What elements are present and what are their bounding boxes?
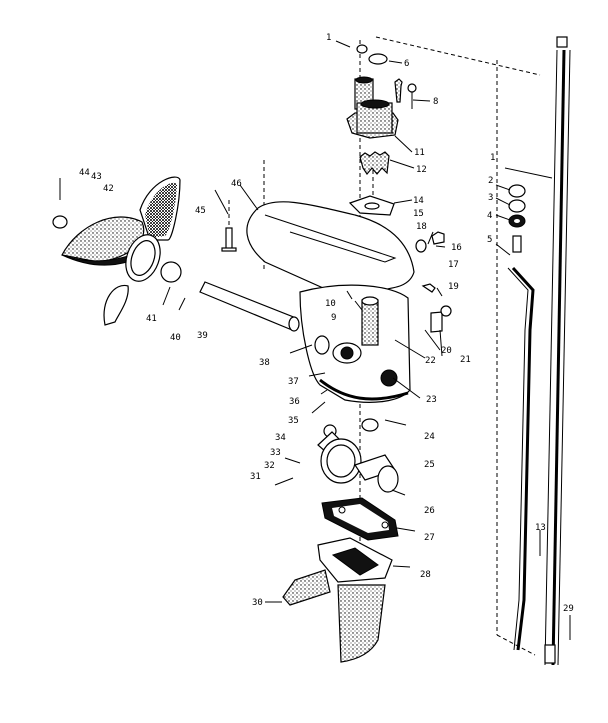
label-9: 9 [331, 313, 336, 323]
label-3: 3 [488, 193, 493, 203]
shift-rod [508, 185, 540, 650]
linkage-parts [416, 232, 451, 332]
label-18: 18 [416, 222, 427, 232]
label-31: 31 [250, 472, 261, 482]
label-5: 5 [487, 235, 492, 245]
propeller [53, 177, 181, 325]
label-4: 4 [487, 211, 492, 221]
label-10: 10 [325, 299, 336, 309]
gear-set [318, 419, 398, 492]
label-20: 20 [441, 346, 452, 356]
label-22: 22 [425, 356, 436, 366]
water-pump-assembly [347, 45, 416, 231]
label-16: 16 [451, 243, 462, 253]
label-25: 25 [424, 460, 435, 470]
label-19: 19 [448, 282, 459, 292]
label-32: 32 [264, 461, 275, 471]
label-24: 24 [424, 432, 435, 442]
label-13: 13 [535, 523, 546, 533]
label-34: 34 [275, 433, 286, 443]
label-27: 27 [424, 533, 435, 543]
label-33: 33 [270, 448, 281, 458]
label-35: 35 [288, 416, 299, 426]
label-36: 36 [289, 397, 300, 407]
drive-shaft [545, 37, 570, 665]
label-6: 6 [404, 59, 409, 69]
label-23: 23 [426, 395, 437, 405]
label-14: 14 [413, 196, 424, 206]
label-1-top: 1 [326, 33, 331, 43]
label-8: 8 [433, 97, 438, 107]
label-42: 42 [103, 184, 114, 194]
gasket [322, 498, 398, 540]
label-1-right: 1 [490, 153, 495, 163]
label-39: 39 [197, 331, 208, 341]
label-2: 2 [488, 176, 493, 186]
label-38: 38 [259, 358, 270, 368]
propeller-shaft [200, 282, 299, 331]
exploded-parts-diagram: 1 6 8 11 12 14 15 18 16 17 19 20 21 22 2… [0, 0, 608, 723]
label-12: 12 [416, 165, 427, 175]
label-29: 29 [563, 604, 574, 614]
screen-30 [283, 570, 330, 605]
label-43: 43 [91, 172, 102, 182]
label-11: 11 [414, 148, 425, 158]
label-26: 26 [424, 506, 435, 516]
label-45: 45 [195, 206, 206, 216]
label-46: 46 [231, 179, 242, 189]
label-21: 21 [460, 355, 471, 365]
skeg [318, 538, 392, 662]
label-15: 15 [413, 209, 424, 219]
label-30: 30 [252, 598, 263, 608]
label-40: 40 [170, 333, 181, 343]
label-44: 44 [79, 168, 90, 178]
label-37: 37 [288, 377, 299, 387]
label-28: 28 [420, 570, 431, 580]
label-17: 17 [448, 260, 459, 270]
label-41: 41 [146, 314, 157, 324]
